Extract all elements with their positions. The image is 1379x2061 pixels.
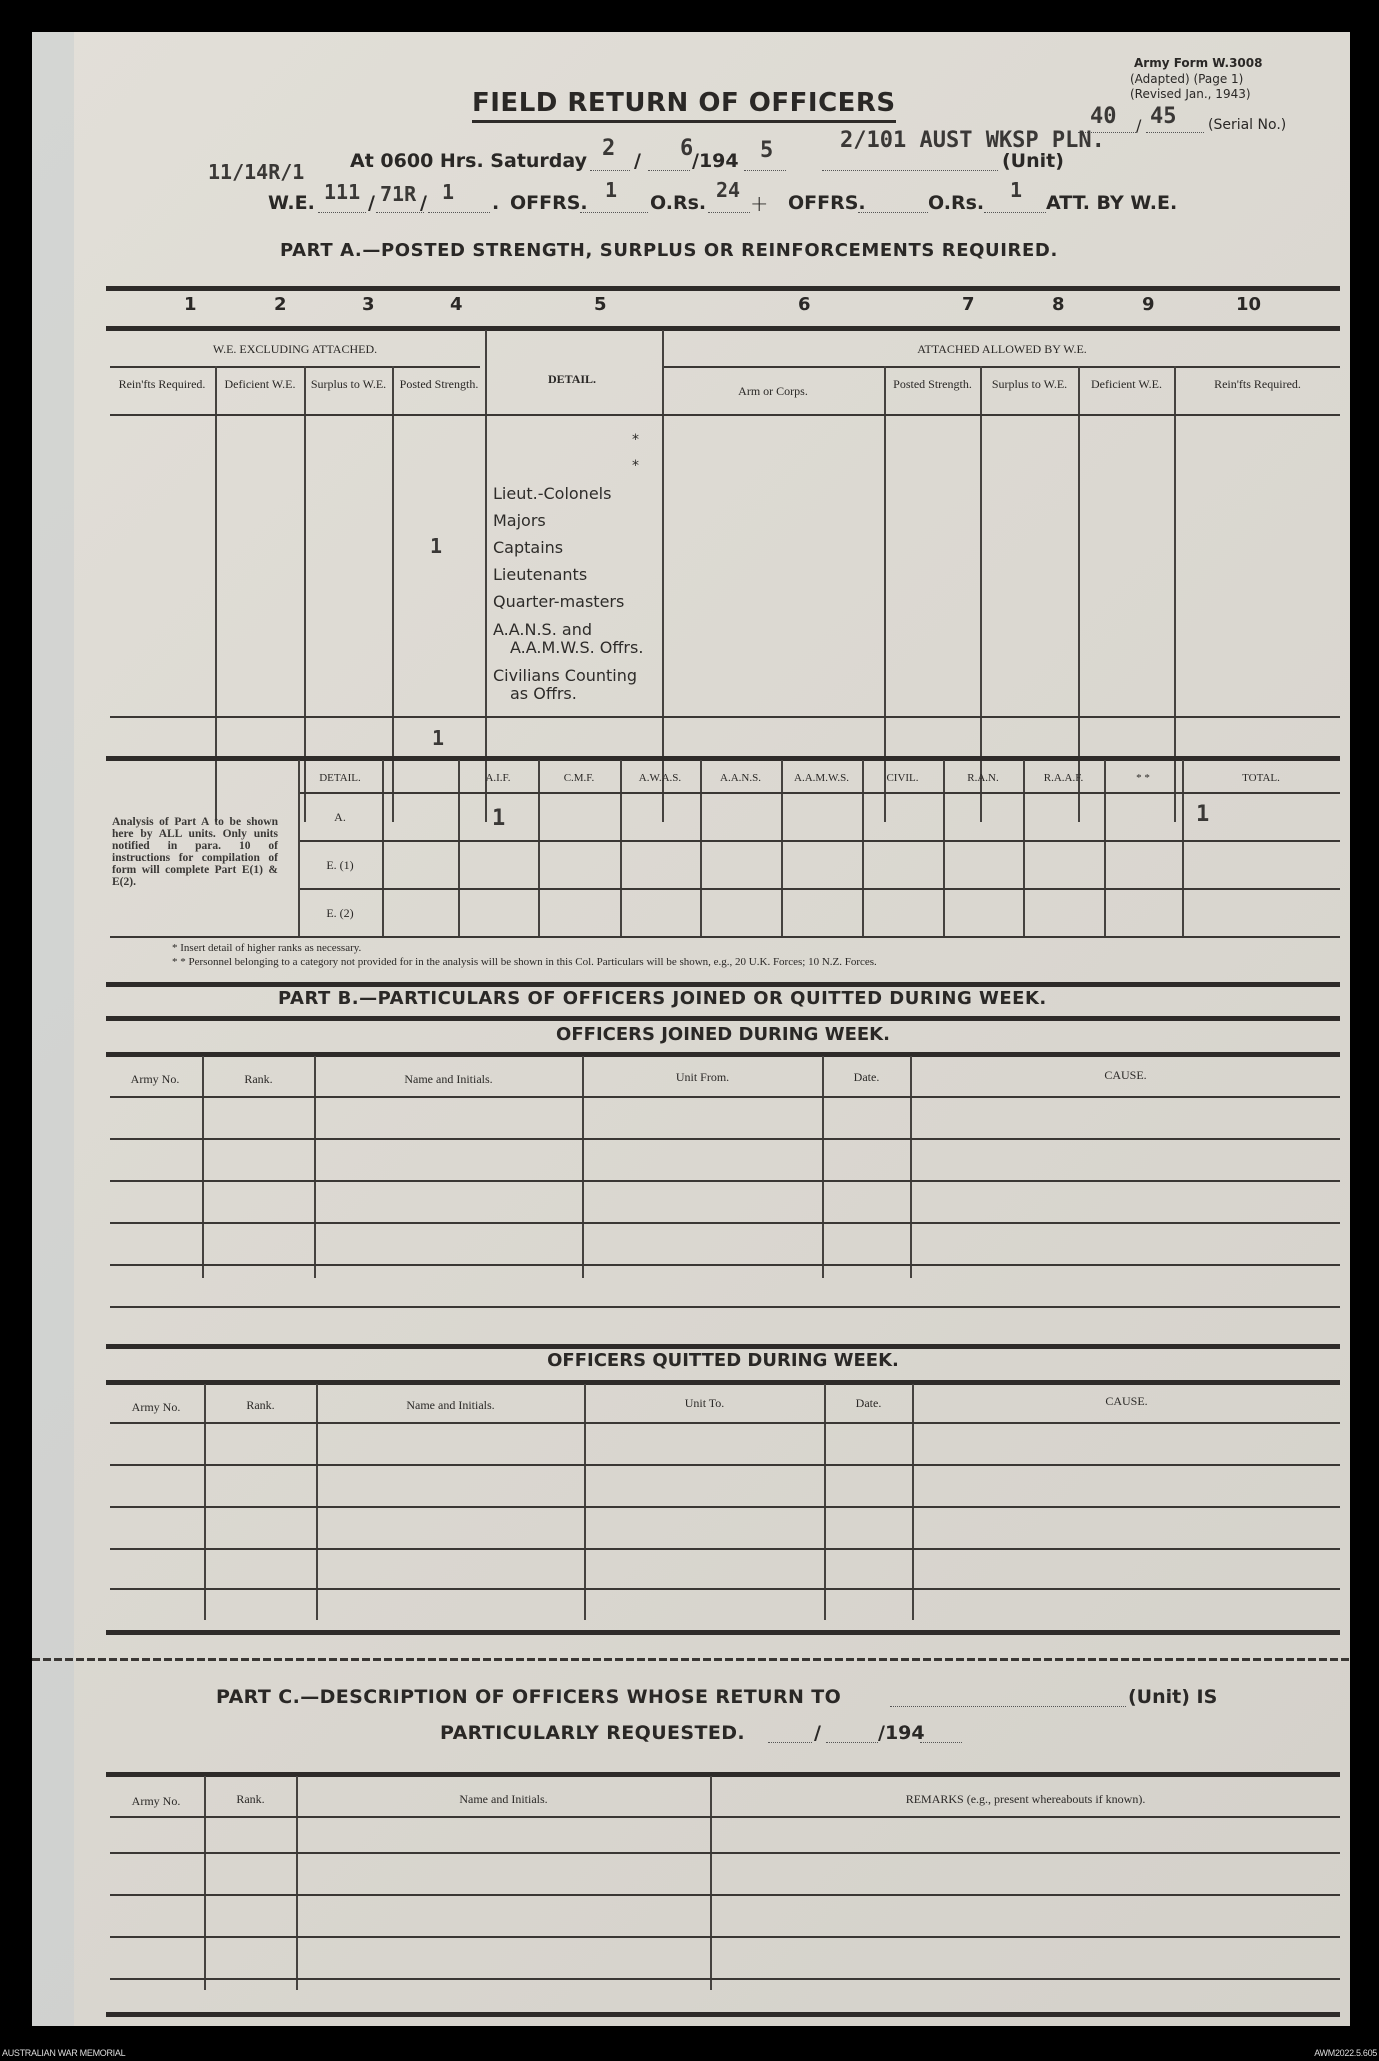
serial-a[interactable]: 40 [1090, 104, 1117, 129]
serial-label: (Serial No.) [1208, 117, 1286, 133]
col-att-deficient: Deficient W.E. [1079, 378, 1174, 391]
serial-slash: / [1136, 116, 1141, 135]
unit-line [822, 170, 998, 171]
we-c-line [428, 212, 490, 213]
col-divider [316, 1384, 318, 1620]
part-c-col-name: Name and Initials. [297, 1792, 710, 1807]
analysis-a-total-value[interactable]: 1 [1196, 802, 1209, 827]
col-divider [458, 760, 460, 936]
col-divider [584, 1384, 586, 1620]
joined-title: OFFICERS JOINED DURING WEEK. [106, 1024, 1340, 1045]
col-divider [215, 366, 217, 822]
col-num-2: 2 [274, 294, 287, 315]
col-divider [884, 366, 886, 822]
offrs-label: OFFRS. [510, 192, 588, 214]
joined-col-cause: CAUSE. [911, 1068, 1340, 1083]
ors-label: O.Rs. [650, 192, 706, 214]
col-num-9: 9 [1142, 294, 1155, 315]
col-divider [204, 1776, 206, 1990]
part-b-title: PART B.—PARTICULARS OF OFFICERS JOINED O… [278, 988, 1047, 1009]
detail-lieut-colonels: Lieut.-Colonels [493, 484, 611, 503]
table-row [110, 1306, 1340, 1308]
part-a-title: PART A.—POSTED STRENGTH, SURPLUS OR REIN… [280, 240, 1058, 261]
table-row [110, 1936, 1340, 1938]
rule [106, 286, 1340, 291]
rule [106, 1630, 1340, 1635]
joined-col-name: Name and Initials. [315, 1072, 582, 1087]
we-label: W.E. [268, 192, 315, 214]
analysis-header-civil: CIVIL. [862, 772, 943, 784]
offrs-value[interactable]: 1 [605, 178, 617, 202]
date-slash: / [634, 150, 641, 172]
part-c-unit-label: (Unit) IS [1128, 1686, 1217, 1708]
rule [106, 1344, 1340, 1349]
analysis-a-aif-value[interactable]: 1 [492, 806, 505, 831]
col-num-10: 10 [1236, 294, 1261, 315]
analysis-header-awas: A.W.A.S. [620, 772, 700, 784]
form-paper: Army Form W.3008 (Adapted) (Page 1) (Rev… [32, 32, 1350, 2026]
part-c-year-field[interactable] [920, 1742, 962, 1743]
table-row [110, 1180, 1340, 1182]
col-divider [382, 760, 384, 936]
ors2-label: O.Rs. [928, 192, 984, 214]
offrs2-field[interactable] [858, 212, 928, 213]
part-c-title-line1: PART C.—DESCRIPTION OF OFFICERS WHOSE RE… [216, 1686, 841, 1708]
quitted-col-cause: CAUSE. [913, 1394, 1340, 1409]
col-divider [1174, 366, 1176, 822]
rule [110, 936, 1340, 938]
table-row [110, 1852, 1340, 1854]
quitted-col-rank: Rank. [205, 1398, 316, 1413]
col-deficient-we: Deficient W.E. [216, 378, 304, 391]
analysis-header-aans: A.A.N.S. [700, 772, 781, 784]
rule [106, 2012, 1340, 2017]
posted-strength-captains[interactable]: 1 [430, 534, 442, 558]
col-num-1: 1 [184, 294, 197, 315]
rule [106, 1052, 1340, 1057]
part-c-col-rank: Rank. [205, 1792, 296, 1807]
part-c-day-field[interactable] [768, 1742, 812, 1743]
we-b-line [376, 212, 424, 213]
col-divider [485, 330, 487, 822]
col-divider [1023, 760, 1025, 936]
asterisk-2: * [632, 458, 639, 474]
rule [106, 982, 1340, 987]
serial-b-line [1146, 132, 1204, 133]
reference-number[interactable]: 11/14R/1 [208, 160, 304, 184]
we-value-a[interactable]: 111 [324, 180, 360, 204]
rule [106, 1016, 1340, 1021]
table-row [110, 1588, 1340, 1590]
analysis-header-ran: R.A.N. [943, 772, 1023, 784]
table-row [110, 1548, 1340, 1550]
serial-b[interactable]: 45 [1150, 104, 1177, 129]
table-row [110, 1464, 1340, 1466]
quitted-col-date: Date. [825, 1396, 912, 1411]
col-divider [1078, 366, 1080, 822]
analysis-header-other: * * [1104, 772, 1182, 784]
analysis-header-aif: A.I.F. [458, 772, 538, 784]
col-divider [1104, 760, 1106, 936]
paper-edge [32, 32, 74, 2026]
we-slash-1: / [368, 192, 375, 214]
table-row [110, 1222, 1340, 1224]
part-c-unit-field[interactable] [890, 1706, 1126, 1707]
detail-header: DETAIL. [492, 372, 652, 387]
rule [106, 1772, 1340, 1777]
col-divider [781, 760, 783, 936]
we-slash-2: / [420, 192, 427, 214]
we-value-b[interactable]: 71R [380, 182, 416, 206]
analysis-header-total: TOTAL. [1182, 772, 1340, 784]
col-divider [862, 760, 864, 936]
col-divider [392, 366, 394, 822]
posted-strength-total[interactable]: 1 [432, 726, 444, 750]
col-divider [824, 1384, 826, 1620]
col-arm-or-corps: Arm or Corps. [663, 385, 883, 398]
day-line [590, 170, 630, 171]
form-revised: (Revised Jan., 1943) [1130, 87, 1251, 101]
quitted-col-unit-to: Unit To. [585, 1396, 824, 1411]
analysis-note: Analysis of Part A to be shown here by A… [112, 816, 278, 888]
group-header-we: W.E. EXCLUDING ATTACHED. [110, 342, 480, 357]
quitted-col-name: Name and Initials. [317, 1398, 584, 1413]
rule [300, 840, 1340, 842]
table-row [110, 1978, 1340, 1980]
col-reinfts-required: Rein'fts Required. [110, 378, 214, 391]
col-num-7: 7 [962, 294, 975, 315]
analysis-row-e2-label: E. (2) [298, 906, 382, 921]
asterisk-1: * [632, 432, 639, 448]
detail-captains: Captains [493, 538, 563, 557]
col-divider [912, 1384, 914, 1620]
col-divider [296, 1776, 298, 1990]
rule [110, 414, 1340, 416]
year-suffix[interactable]: 5 [760, 138, 773, 163]
form-title: FIELD RETURN OF OFFICERS [472, 88, 896, 123]
rule [300, 888, 1340, 890]
table-row [110, 1096, 1340, 1098]
table-row [110, 1816, 1340, 1818]
col-divider [582, 1056, 584, 1278]
archive-accession-number: AWM2022.5.605 [1314, 2048, 1377, 2058]
col-divider [204, 1384, 206, 1620]
col-num-8: 8 [1052, 294, 1065, 315]
rule [300, 792, 1340, 794]
col-divider [943, 760, 945, 936]
offrs2-label: OFFRS. [788, 192, 866, 214]
col-divider [910, 1056, 912, 1278]
col-num-4: 4 [450, 294, 463, 315]
analysis-header-detail: DETAIL. [298, 772, 382, 784]
table-row [110, 1894, 1340, 1896]
detail-lieutenants: Lieutenants [493, 565, 587, 584]
col-att-posted-strength: Posted Strength. [885, 378, 980, 391]
at-hours-label: At 0600 Hrs. Saturday [350, 150, 587, 172]
part-c-month-field[interactable] [826, 1742, 878, 1743]
col-divider [314, 1056, 316, 1278]
col-divider [980, 366, 982, 822]
offrs-line [580, 212, 648, 213]
part-c-year-prefix: /194 [878, 1722, 925, 1744]
col-num-5: 5 [594, 294, 607, 315]
footnote-2: * * Personnel belonging to a category no… [172, 956, 877, 968]
rule [110, 716, 1340, 718]
col-surplus-we: Surplus to W.E. [305, 378, 392, 391]
analysis-header-cmf: C.M.F. [538, 772, 620, 784]
col-att-reinfts: Rein'fts Required. [1175, 378, 1340, 391]
unit-value[interactable]: 2/101 AUST WKSP PLN. [840, 128, 1105, 153]
joined-col-unit-from: Unit From. [583, 1070, 822, 1085]
detail-quartermasters: Quarter-masters [493, 592, 624, 611]
footnote-1: * Insert detail of higher ranks as neces… [172, 942, 361, 954]
we-a-line [318, 212, 366, 213]
ors-value[interactable]: 24 [716, 178, 740, 202]
table-row [110, 1264, 1340, 1266]
part-c-date-slash: / [814, 1722, 821, 1744]
table-row [110, 1138, 1340, 1140]
col-divider [1182, 760, 1184, 936]
day-value[interactable]: 2 [602, 136, 615, 161]
plus-sign: + [750, 192, 768, 217]
group-header-attached: ATTACHED ALLOWED BY W.E. [672, 342, 1332, 357]
we-value-c[interactable]: 1 [442, 180, 454, 204]
col-divider [202, 1056, 204, 1278]
rule [106, 326, 1340, 331]
rule [110, 366, 480, 368]
detail-majors: Majors [493, 511, 546, 530]
col-posted-strength: Posted Strength. [393, 378, 485, 391]
analysis-row-a-label: A. [298, 810, 382, 825]
detail-civilians: Civilians Counting [493, 666, 637, 685]
rule [106, 756, 1340, 761]
joined-col-army-no: Army No. [108, 1072, 202, 1087]
col-num-6: 6 [798, 294, 811, 315]
ors-line [708, 212, 750, 213]
table-row [110, 1422, 1340, 1424]
archive-credit: AUSTRALIAN WAR MEMORIAL [2, 2048, 125, 2058]
year-line [744, 170, 786, 171]
month-line [648, 170, 690, 171]
col-divider [538, 760, 540, 936]
column-numbers: 1 2 3 4 5 6 7 8 9 10 [114, 294, 1340, 322]
unit-label: (Unit) [1002, 150, 1064, 172]
ors2-value[interactable]: 1 [1010, 178, 1022, 202]
we-period: . [492, 192, 499, 214]
col-divider [822, 1056, 824, 1278]
ors2-line [984, 212, 1046, 213]
col-divider [620, 760, 622, 936]
part-c-title-line2: PARTICULARLY REQUESTED. [440, 1722, 745, 1744]
perforation-line [32, 1658, 1350, 1661]
rule [106, 1380, 1340, 1385]
analysis-header-aamws: A.A.M.W.S. [781, 772, 862, 784]
joined-col-rank: Rank. [203, 1072, 314, 1087]
att-label: ATT. BY W.E. [1046, 192, 1177, 214]
analysis-row-e1-label: E. (1) [298, 858, 382, 873]
detail-as-offrs: as Offrs. [510, 684, 577, 703]
col-divider [700, 760, 702, 936]
form-number: Army Form W.3008 [1134, 56, 1262, 70]
col-divider [710, 1776, 712, 1990]
joined-col-date: Date. [823, 1070, 910, 1085]
detail-aamws: A.A.M.W.S. Offrs. [510, 638, 643, 657]
analysis-header-raaf: R.A.A.F. [1023, 772, 1104, 784]
col-divider [304, 366, 306, 822]
col-att-surplus: Surplus to W.E. [981, 378, 1078, 391]
col-num-3: 3 [362, 294, 375, 315]
col-divider [662, 330, 664, 822]
detail-aans: A.A.N.S. and [493, 620, 592, 639]
table-row [110, 1506, 1340, 1508]
part-c-col-remarks: REMARKS (e.g., present whereabouts if kn… [711, 1792, 1340, 1807]
rule [662, 366, 1340, 368]
part-c-col-army-no: Army No. [108, 1794, 204, 1809]
form-adapted: (Adapted) (Page 1) [1130, 72, 1243, 86]
quitted-title: OFFICERS QUITTED DURING WEEK. [106, 1350, 1340, 1371]
quitted-col-army-no: Army No. [108, 1400, 204, 1415]
year-prefix: /194 [692, 150, 739, 172]
